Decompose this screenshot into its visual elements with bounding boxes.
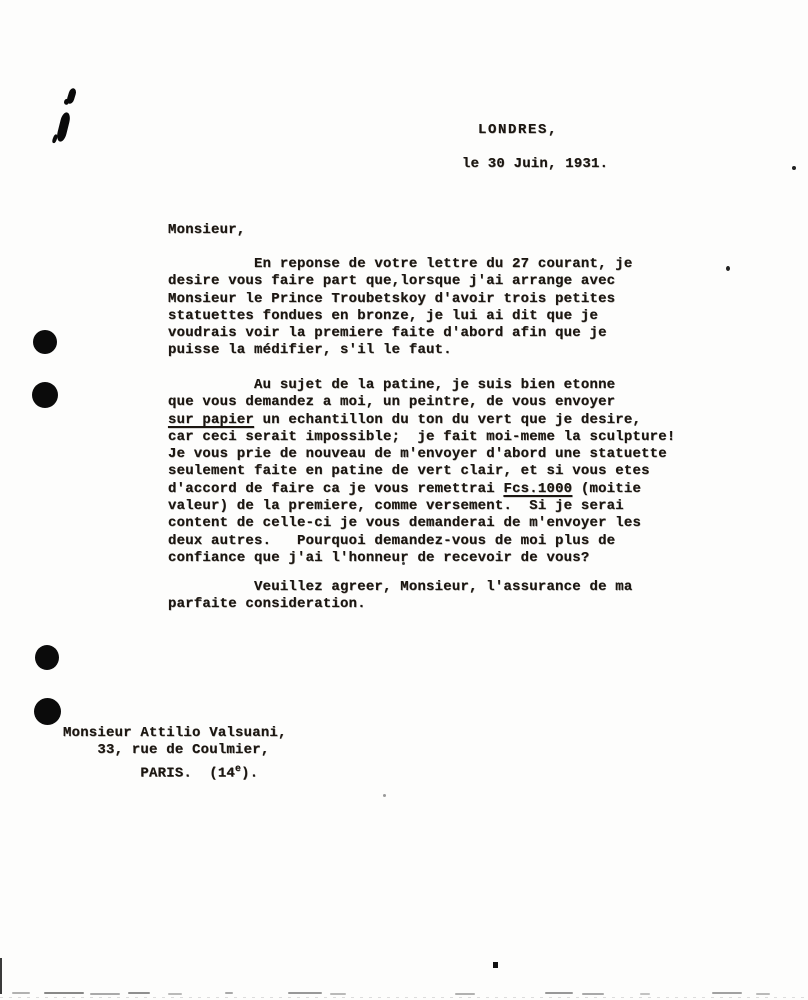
letter-city: LONDRES, bbox=[478, 122, 558, 138]
punch-hole bbox=[33, 330, 57, 354]
punch-hole bbox=[34, 698, 61, 725]
recipient-address: Monsieur Attilio Valsuani, 33, rue de Co… bbox=[63, 725, 287, 783]
letter-paragraph-1: En reponse de votre lettre du 27 courant… bbox=[168, 256, 632, 360]
scan-blot bbox=[493, 962, 498, 968]
pen-mark-icon bbox=[56, 111, 72, 142]
scan-speck bbox=[383, 794, 386, 797]
letter-date: le 30 Juin, 1931. bbox=[462, 156, 608, 172]
letter-closing: Veuillez agreer, Monsieur, l'assurance d… bbox=[168, 579, 632, 614]
punch-hole bbox=[35, 645, 59, 670]
scanned-letter-page: LONDRES, le 30 Juin, 1931. Monsieur, En … bbox=[0, 0, 808, 1000]
letter-salutation: Monsieur, bbox=[168, 222, 245, 239]
scan-bottom-artifacts bbox=[0, 990, 808, 1000]
scan-edge-artifact bbox=[0, 958, 2, 994]
letter-paragraph-2: Au sujet de la patine, je suis bien eton… bbox=[168, 377, 675, 567]
scan-speck bbox=[726, 266, 730, 271]
scan-edge-dots bbox=[0, 997, 808, 998]
pen-mark-icon bbox=[66, 87, 77, 104]
punch-hole bbox=[32, 382, 58, 408]
scan-speck bbox=[792, 166, 796, 170]
scan-speck bbox=[402, 562, 405, 565]
